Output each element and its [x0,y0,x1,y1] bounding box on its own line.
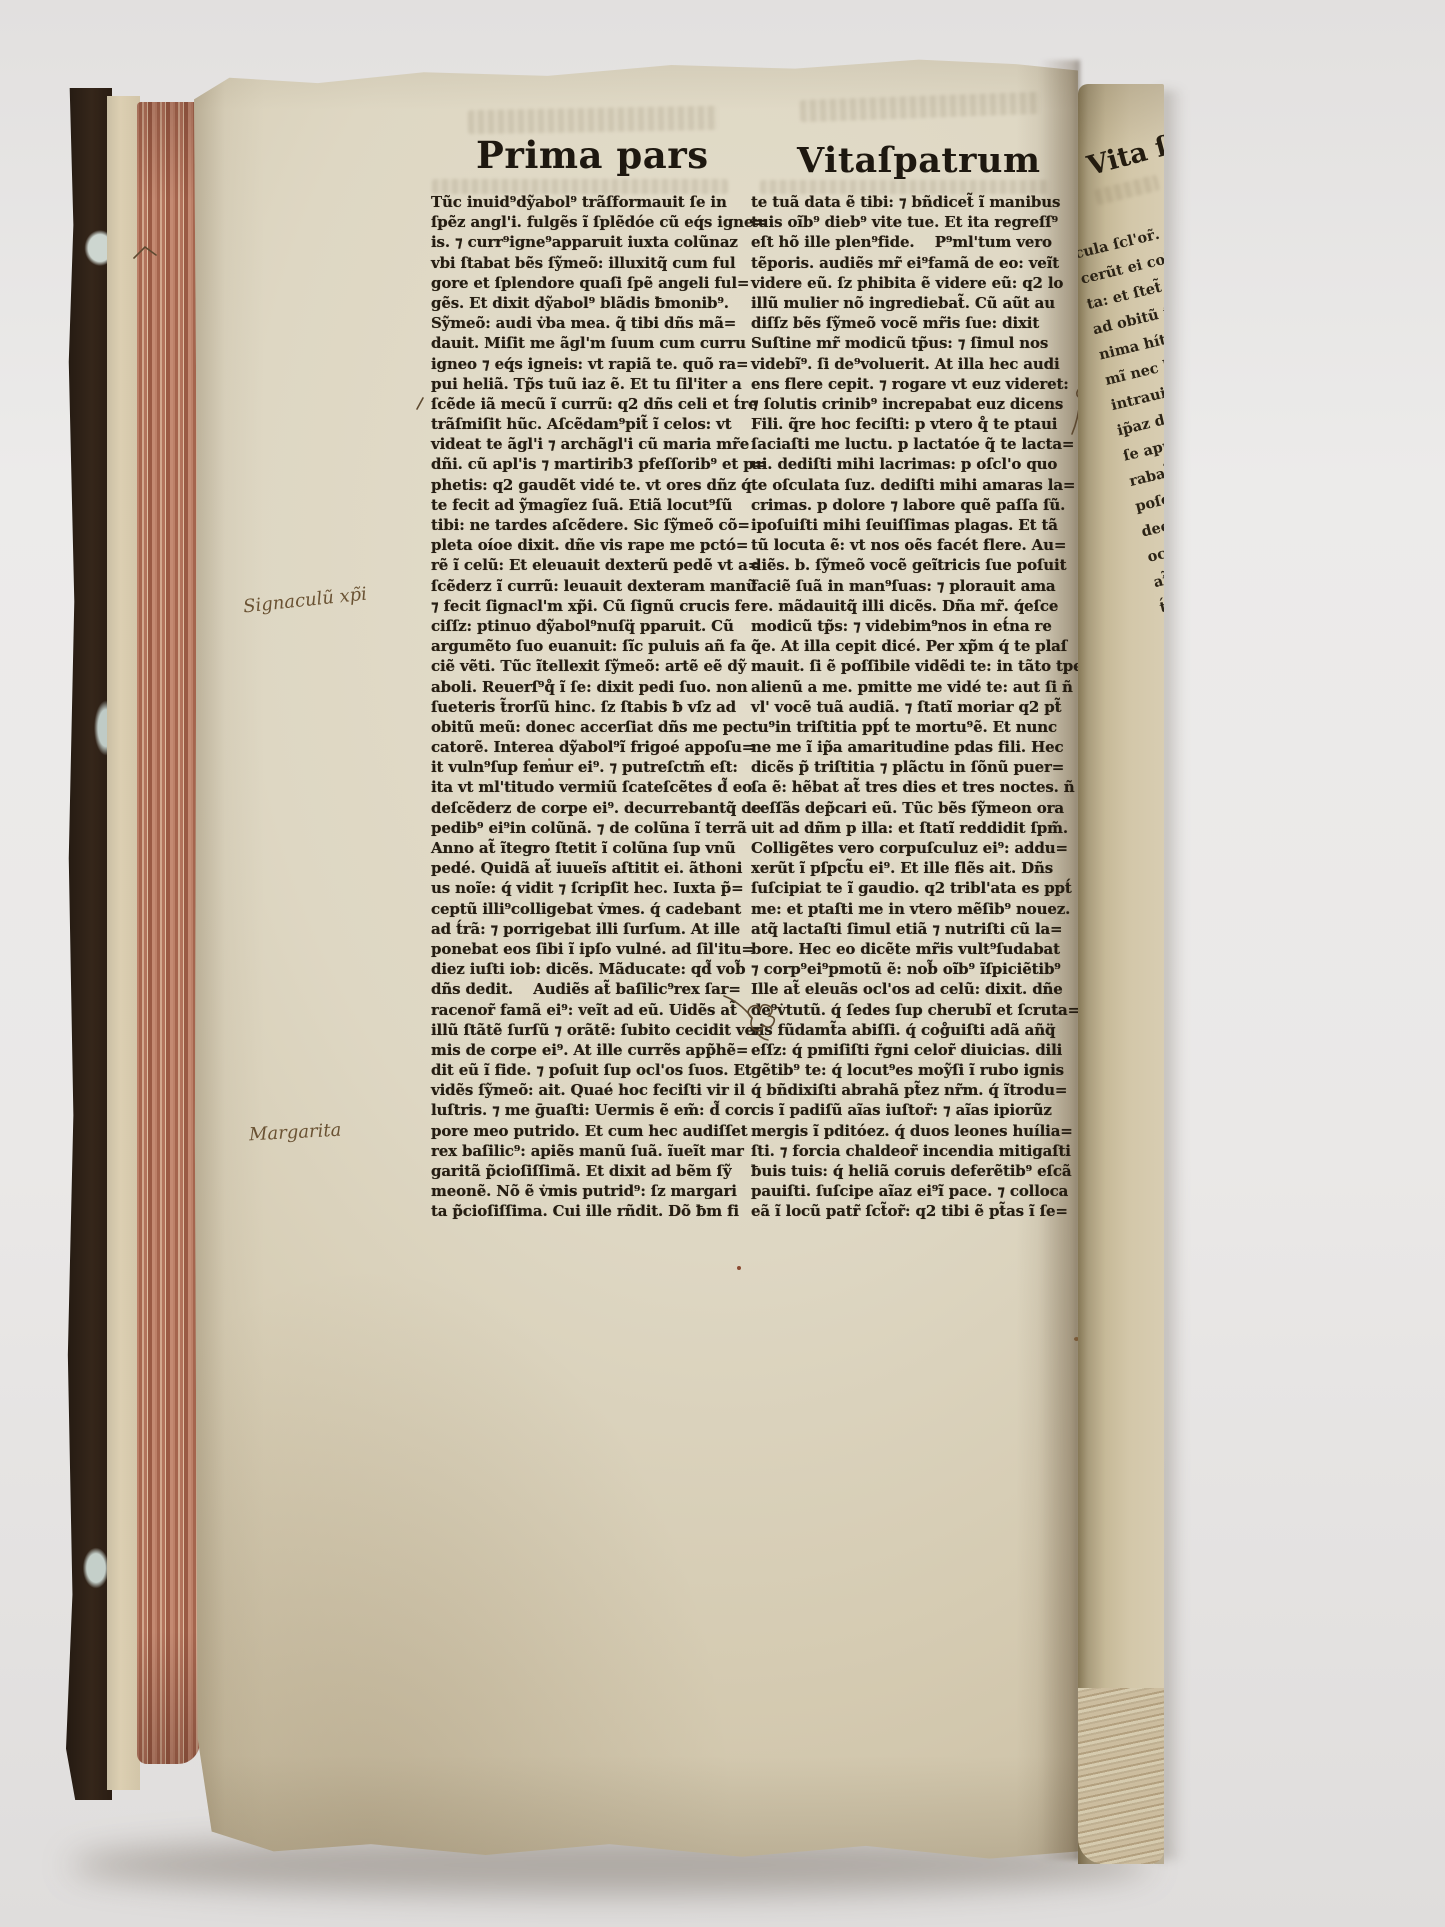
printed-line: ⁊ corp⁹ei⁹pmotũ ẽ: nob̃ oĩb⁹ ĩſpiciẽtib⁹ [751,959,1067,979]
running-header-vita-sancti: Vita ſct̃i [1084,121,1164,182]
printed-line: re. mãdauitq̃ illi dicẽs. Dña mr̃. q́eſc… [751,596,1067,616]
ink-speck [737,1266,741,1270]
printed-line: ceptũ illi⁹colligebat v̇mes. q́ cadebant [431,899,743,919]
printed-line: garitã p̃cioſiſſimã. Et dixit ad bẽm ſỹ [431,1161,743,1181]
printed-line: ciẽ vẽti. Tũc ĩtellexit ſỹmeõ: artẽ eẽ d… [431,656,743,676]
printed-line: ſueteris t̃rorſũ hinc. ſz ſtabis ƀ vſz a… [431,697,743,717]
printed-line: pedib⁹ ei⁹in colũnã. ⁊ de colũna ĩ terrã [431,818,743,838]
printed-line: modicũ tp̃s: ⁊ videbim⁹nos in et́na re [751,616,1067,636]
printed-line: racenor̃ famã ei⁹: veĩt ad eũ. Uidẽs at̃ [431,1000,743,1020]
printed-line: videre eũ. ſz phibita ẽ videre eũ: q2 lo [751,273,1067,293]
printed-line: de⁹v̇tutũ. q́ ſedes ſup cherubĩ et ſcrut… [751,1000,1067,1020]
printed-line: tu⁹in triſtitia ppt́ te mortu⁹ẽ. Et nunc [751,717,1067,737]
printed-line: aboli. Reuerſ⁹q̊ ĩ ſe: dixit pedi ſuo. n… [431,677,743,697]
adjacent-page-edge: Vita ſct̃i cula ſcl'or̃. Pcerũt ei colũn… [1078,84,1164,1864]
printed-line: ſuſcipiat te ĩ gaudio. q2 tribl'ata es p… [751,878,1067,898]
printed-line: dauit. Miſit me ãgl'm ſuum cum curru [431,333,743,353]
book-photograph: { "colors": { "background": "#eae8e7", "… [0,0,1445,1927]
running-header-prima-pars: Prima pars [476,133,709,177]
printed-line: diẽs. b. ſỹmeõ vocẽ geĩtricis ſue poſuit [751,555,1067,575]
printed-line: ita vt ml'titudo vermiũ ſcateſcẽtes d̃ e… [431,777,743,797]
text-column-left: Tũc inuid⁹dỹabol⁹ trãſformauit ſe inſpẽz… [431,192,743,1222]
printed-line: deſcẽderz de corpe ei⁹. decurrebantq̃ de [431,798,743,818]
printed-line: ſaciaſti me luctu. p lactatóe q̃ te lact… [751,434,1067,454]
printed-line: ne me ĩ ip̃a amaritudine pdas fili. Hec [751,737,1067,757]
printed-line: ponebat eos ſibi ĩ ipſo vulné. ad ſil'it… [431,939,743,959]
text-column-right: te tuã data ẽ tibi: ⁊ bñdicet̃ ĩ manibus… [751,192,1067,1222]
printed-line: Sỹmeõ: audi v̇ba mea. q̃ tibi dñs mã= [431,313,743,333]
printed-line: mergis ĩ pditóez. q́ duos leones huília= [751,1121,1067,1141]
printed-line: ipoſuiſti mihi ſeuiſſimas plagas. Et tã [751,515,1067,535]
printed-line: te tuã data ẽ tibi: ⁊ bñdicet̃ ĩ manibus [751,192,1067,212]
printed-line: tẽporis. audiẽs mr̃ ei⁹famã de eo: veĩt [751,253,1067,273]
printed-line: pui heliã. Tp̃s tuũ iaz ẽ. Et tu ſil'ite… [431,374,743,394]
printed-line: luſtris. ⁊ me ḡuaſti: Uermis ẽ em̃: d̃ c… [431,1100,743,1120]
printed-line: Suſtine mr̃ modicũ tp̃us: ⁊ ſimul nos [751,333,1067,353]
printed-line: ⁊ fecit ſignacl'm xp̃i. Cũ ſignũ crucis … [431,596,743,616]
printed-line: faciẽ ſuã in man⁹ſuas: ⁊ plorauit ama [751,576,1067,596]
printed-line: mauit. ſi ẽ poſſibile vidẽdi te: in tãto… [751,656,1067,676]
small-pen-mark [414,396,426,412]
printed-line: ſti. ⁊ forcia chaldeor̃ incendia mitigaſ… [751,1141,1067,1161]
printed-line: pleta oíoe dixit. dñe vis rape me pctó= [431,535,743,555]
printed-line: mis de corpe ei⁹. At ille currẽs app̃hẽ= [431,1040,743,1060]
endpaper-edge [107,96,140,1790]
printed-line: rex baſilic⁹: apiẽs manũ ſuã. ĩueĩt mar [431,1141,743,1161]
printed-line: eã ĩ locũ patr̃ ſct̃or̃: q2 tibi ẽ pt̃as… [751,1201,1067,1221]
printed-line: te fecit ad ỹmagĩez ſuã. Etiã locut⁹ſũ [431,495,743,515]
printed-line: crimas. p dolore ⁊ labore quẽ paſſa ſũ. [751,495,1067,515]
printed-line: rẽ ĩ celũ: Et eleuauit dexterũ pedẽ vt a… [431,555,743,575]
printed-line: Tũc inuid⁹dỹabol⁹ trãſformauit ſe in [431,192,743,212]
printed-line: vl' vocẽ tuã audiã. ⁊ ſtatĩ moriar q2 pt… [751,697,1067,717]
printed-line: ciſſz: ptinuo dỹabol⁹nuſq̈ pparuit. Cũ [431,616,743,636]
printed-line: eſſz: q́ pmiſiſti r̃gni celor̃ diuicias.… [751,1040,1067,1060]
printed-line: te oſculata ſuz. dediſti mihi amaras la= [751,475,1067,495]
printed-line: ſpẽz angl'i. fulgẽs ĩ ſplẽdóe cũ eq́s ig… [431,212,743,232]
printed-line: is. ⁊ curr⁹igne⁹apparuit iuxta colũnaz [431,232,743,252]
printed-line: pauiſti. ſuſcipe aĩaz ei⁹ĩ pace. ⁊ collo… [751,1181,1067,1201]
printed-line: atq̃ lactaſti ſimul etiã ⁊ nutriſti cũ l… [751,919,1067,939]
printed-line: tũ locuta ẽ: vt nos oẽs facét flere. Au= [751,535,1067,555]
printed-line: dñi. cũ apl'is ⁊ martirib3 pfeſſorib⁹ et… [431,454,743,474]
running-header-vitaspatrum: Vitaſpatrum [797,140,1040,181]
printed-line: Fili. q̃re hoc feciſti: p vtero q̊ te pt… [751,414,1067,434]
printed-line: xerũt ĩ pſpct̃u ei⁹. Et ille flẽs ait. D… [751,858,1067,878]
printed-line: pedé. Quidã at̃ iuueĩs aſtitit ei. ãthon… [431,858,743,878]
chevron-pen-mark [132,244,160,262]
printed-line: ƀuis tuis: q́ heliã coruis deferẽtib⁹ eſ… [751,1161,1067,1181]
printed-line: Colligẽtes vero corpuſculuz ei⁹: addu= [751,838,1067,858]
printed-line: ta p̃cioſiſſima. Cui ille rñdit. Dõ ƀm f… [431,1201,743,1221]
flower-nota-bene-doodle [722,982,780,1044]
ink-speck [548,758,551,761]
leather-spine [66,88,112,1800]
printed-line: argumẽto ſuo euanuit: ſĩc puluis añ fa [431,636,743,656]
printed-line: diſſz bẽs ſỹmeõ vocẽ mr̃is ſue: dixit [751,313,1067,333]
printed-line: uit ad dñm p illa: et ſtatĩ reddidit ſpm… [751,818,1067,838]
adjacent-page-text: cula ſcl'or̃. Pcerũt ei colũnaz bta: et … [1078,158,1164,1531]
printed-line: Ille at̃ eleuãs ocl'os ad celũ: dixit. d… [751,979,1067,999]
printed-line: me: et ptaſti me in vtero mẽſib⁹ nouez. [751,899,1067,919]
printed-line: alienũ a me. pmitte me vidé te: aut ſi ñ [751,677,1067,697]
printed-line: ens flere cepit. ⁊ rogare vt euz videret… [751,374,1067,394]
showthrough-text [468,106,718,134]
printed-line: tibi: ne tardes aſcẽdere. Sic ſỹmeõ cõ= [431,515,743,535]
printed-line: phetis: q2 gaudẽt vidé te. vt ores dñz q… [431,475,743,495]
printed-line: diez iuſti iob: dicẽs. Mãducate: qd̃ vob… [431,959,743,979]
printed-line: ceſſãs dep̃cari eũ. Tũc bẽs ſỹmeon ora [751,798,1067,818]
printed-line: obitũ meũ: donec accerſiat dñs me pec [431,717,743,737]
printed-line: it vuln⁹ſup femur ei⁹. ⁊ putreſctm̃ eſt: [431,757,743,777]
printed-line: dñs dedit. Audiẽs at̃ baſilic⁹rex ſar= [431,979,743,999]
adjacent-page-bottom-stack [1078,1688,1164,1864]
printed-line: ris fũdamt̃a abiſſi. q́ cog̊uiſti adã añ… [751,1020,1067,1040]
printed-line: ſcẽde iã mecũ ĩ currũ: q2 dñs celi et t́… [431,394,743,414]
printed-line: vbi ſtabat bẽs ſỹmeõ: illuxitq̃ cum ful [431,253,743,273]
printed-line: Anno at̃ ĩtegro ſtetit ĩ colũna ſup vnũ [431,838,743,858]
printed-line: cis ĩ padiſũ aĩas iuſtor̃: ⁊ aĩas ipiorũ… [751,1100,1067,1120]
printed-line: ſa ẽ: hẽbat at̃ tres dies et tres noctes… [751,777,1067,797]
printed-line: videbĩ⁹. ſi de⁹voluerit. At illa hec aud… [751,354,1067,374]
printed-line: dicẽs p̃ triſtitia ⁊ plãctu in ſõnũ puer… [751,757,1067,777]
printed-line: ad t́rã: ⁊ porrigebat illi ſurſum. At il… [431,919,743,939]
printed-line: ⁊ ſolutis crinib⁹ increpabat euz dicens [751,394,1067,414]
printed-line: meonẽ. Nõ ẽ v̇mis putrid⁹: ſz margari [431,1181,743,1201]
printed-line: q́ bñdixiſti abrahã pt̃ez nr̃m. q́ ĩtrod… [751,1080,1067,1100]
printed-line: catorẽ. Interea dỹabol⁹ĩ frigoé appoſu= [431,737,743,757]
printed-line: ui. dediſti mihi lacrimas: p oſcl'o quo [751,454,1067,474]
printed-line: illũ mulier nõ ingrediebat̃. Cũ aũt au [751,293,1067,313]
printed-line: trãſmiſit hũc. Aſcẽdam⁹pit̃ ĩ celos: vt [431,414,743,434]
printed-line: illũ ſtãtẽ ſurſũ ⁊ orãtẽ: ſubito cecidit… [431,1020,743,1040]
printed-line: us noĩe: q́ vidit ⁊ ſcripſit hec. Iuxta … [431,878,743,898]
rose-fore-edge-page-stack [137,102,200,1764]
printed-line: vidẽs ſỹmeõ: ait. Quaé hoc feciſti vir i… [431,1080,743,1100]
printed-line: pore meo putrido. Et cum hec audiſſet [431,1121,743,1141]
printed-line: gẽtib⁹ te: q́ locut⁹es moỹſi ĩ rubo igni… [751,1060,1067,1080]
printed-line: eſt hõ ille plen⁹fide. P⁹ml'tum vero [751,232,1067,252]
printed-line: gẽs. Et dixit dỹabol⁹ blãdis ƀmonib⁹. [431,293,743,313]
printed-line: dit eũ ĩ fide. ⁊ poſuit ſup ocl'os ſuos.… [431,1060,743,1080]
printed-line: tuis oĩb⁹ dieb⁹ vite tue. Et ita regreſſ… [751,212,1067,232]
printed-line: q̃e. At illa cepit dicé. Per xp̃m q́ te … [751,636,1067,656]
printed-line: ſcẽderz ĩ currũ: leuauit dexteram manũ [431,576,743,596]
printed-line: gore et ſplendore quaſi ſpẽ angeli ful= [431,273,743,293]
printed-line: igneo ⁊ eq́s igneis: vt rapiã te. quõ ra… [431,354,743,374]
printed-line: videat te ãgl'i ⁊ archãgl'i cũ maria mr̃… [431,434,743,454]
printed-line: bore. Hec eo dicẽte mr̃is vult⁹ſudabat [751,939,1067,959]
